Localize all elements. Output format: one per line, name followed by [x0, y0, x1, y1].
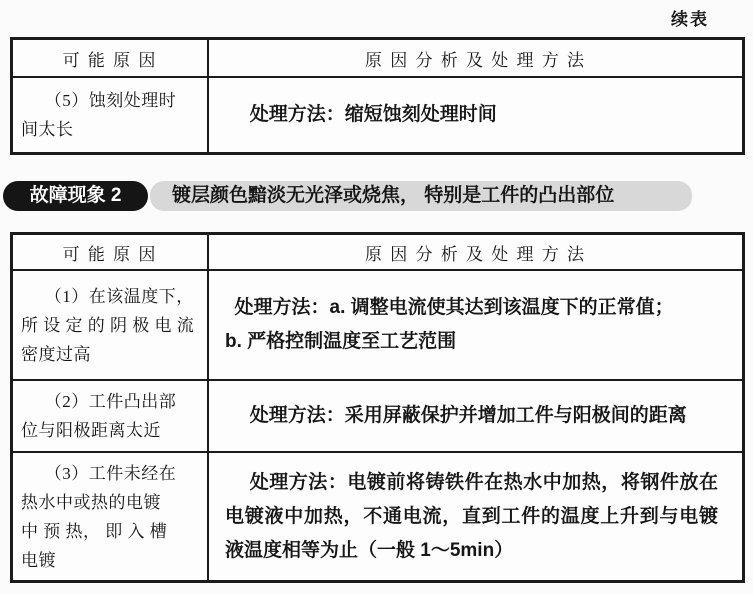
method-label: 处理方法：: [250, 104, 345, 125]
table2-header-cause-label: 可 能 原 因: [63, 240, 158, 265]
table1-header-method-label: 原 因 分 析 及 处 理 方 法: [365, 46, 586, 71]
method-label: 处理方法：: [250, 405, 345, 426]
troubleshooting-table-fault2: 可 能 原 因 原 因 分 析 及 处 理 方 法 （1）在该温度下， 所 设 …: [10, 232, 745, 583]
table1-header-cause-label: 可 能 原 因: [63, 46, 158, 71]
table-row-method-cell: 处理方法：采用屏蔽保护并增加工件与阳极间的距离: [209, 381, 742, 453]
method-paragraph: 处理方法：电镀前将铸铁件在热水中加热，将钢件放在电镀液中加热，不通电流，直到工件…: [225, 466, 718, 568]
fault-number-badge: 故障现象 2: [3, 181, 148, 211]
table-row-cause-cell: （1）在该温度下， 所 设 定 的 阴 极 电 流 密度过高: [13, 271, 209, 381]
troubleshooting-table-continued: 可 能 原 因 原 因 分 析 及 处 理 方 法 （5）蚀刻处理时 间太长 处…: [10, 37, 745, 155]
method-paragraph: 处理方法：采用屏蔽保护并增加工件与阳极间的距离: [225, 399, 718, 433]
continued-table-label: 续表: [671, 5, 709, 30]
table2-header-method-label: 原 因 分 析 及 处 理 方 法: [365, 240, 586, 265]
method-label: 处理方法：: [235, 297, 330, 318]
table-row-cause-cell: （3）工件未经在 热水中或热的电镀 中 预 热， 即 入 槽 电镀: [13, 453, 209, 580]
book-page: 续表 可 能 原 因 原 因 分 析 及 处 理 方 法 （5）蚀刻处理时 间太…: [0, 0, 753, 594]
table-row-method-cell: 处理方法：缩短蚀刻处理时间: [209, 78, 742, 152]
cause-text: （2）工件凸出部 位与阳极距离太近: [13, 385, 207, 447]
table1-header-cause: 可 能 原 因: [13, 40, 209, 78]
method-paragraph: 处理方法：a. 调整电流使其达到该温度下的正常值； b. 严格控制温度至工艺范围: [225, 291, 718, 359]
table-row-cause-cell: （2）工件凸出部 位与阳极距离太近: [13, 381, 209, 453]
method-text: 采用屏蔽保护并增加工件与阳极间的距离: [345, 405, 687, 426]
table1-header-method: 原 因 分 析 及 处 理 方 法: [209, 40, 742, 78]
table-row-method-cell: 处理方法：a. 调整电流使其达到该温度下的正常值； b. 严格控制温度至工艺范围: [209, 271, 742, 381]
table-row-method-cell: 处理方法：电镀前将铸铁件在热水中加热，将钢件放在电镀液中加热，不通电流，直到工件…: [209, 453, 742, 580]
cause-text: （1）在该温度下， 所 设 定 的 阴 极 电 流 密度过高: [13, 280, 207, 371]
method-label: 处理方法：: [250, 472, 348, 493]
table-row-cause-cell: （5）蚀刻处理时 间太长: [13, 78, 209, 152]
method-text: 缩短蚀刻处理时间: [345, 104, 497, 125]
table2-header-method: 原 因 分 析 及 处 理 方 法: [209, 235, 742, 271]
cause-text: （5）蚀刻处理时 间太长: [13, 84, 207, 146]
table2-header-cause: 可 能 原 因: [13, 235, 209, 271]
method-paragraph: 处理方法：缩短蚀刻处理时间: [225, 98, 718, 132]
cause-text: （3）工件未经在 热水中或热的电镀 中 预 热， 即 入 槽 电镀: [13, 457, 207, 577]
fault-description-strip: 镀层颜色黯淡无光泽或烧焦， 特别是工件的凸出部位: [150, 181, 692, 211]
fault-banner: 镀层颜色黯淡无光泽或烧焦， 特别是工件的凸出部位 故障现象 2: [0, 181, 753, 211]
